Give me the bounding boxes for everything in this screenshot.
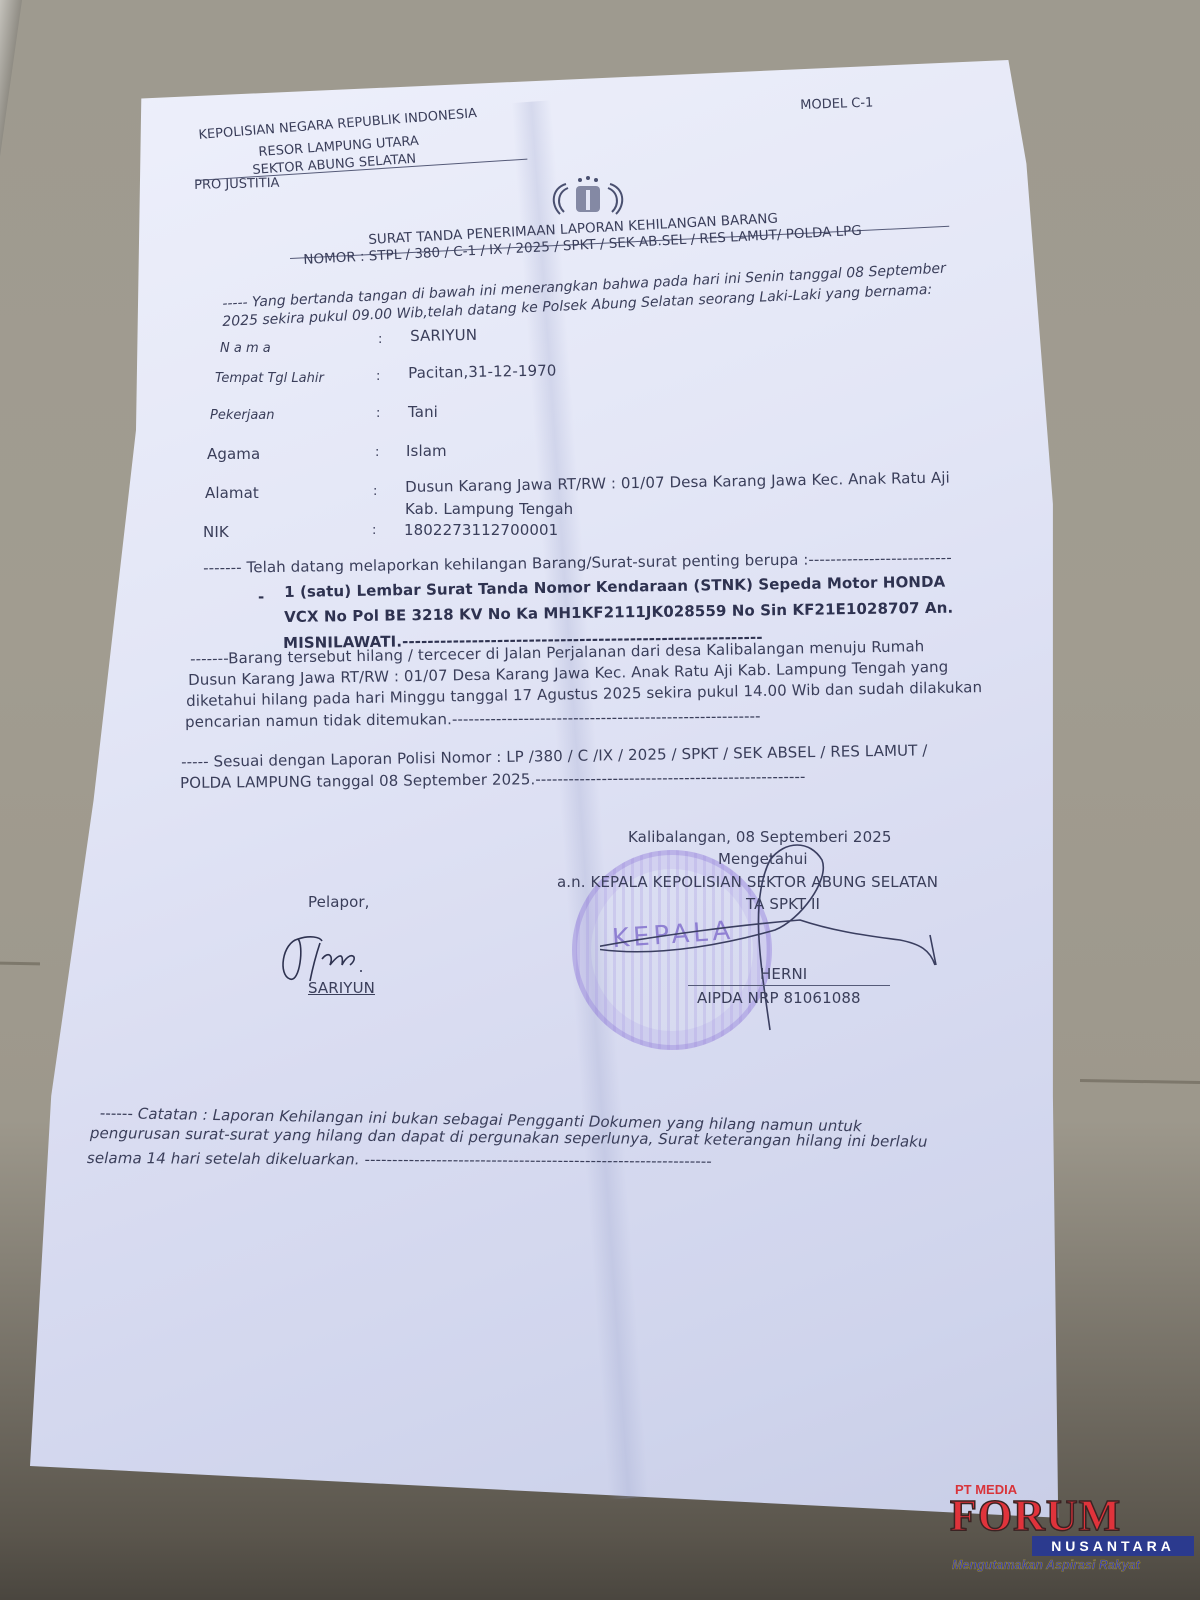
officer-rule <box>688 985 890 986</box>
field-value-alamat-2: Kab. Lampung Tengah <box>405 500 573 518</box>
pro-justitia: PRO JUSTITIA <box>194 176 280 193</box>
model-label: MODEL C-1 <box>800 95 874 113</box>
field-sep: : <box>372 523 376 538</box>
floor-grout-line <box>1080 1079 1200 1084</box>
officer-name: HERNI <box>760 965 807 983</box>
officer-signature <box>600 840 950 1040</box>
reporter-signature <box>280 935 370 985</box>
field-label-alamat: Alamat <box>205 484 259 502</box>
police-emblem-icon <box>548 174 628 220</box>
field-value-ttl: Pacitan,31-12-1970 <box>408 361 557 382</box>
field-sep: : <box>376 369 380 384</box>
field-label-pekerjaan: Pekerjaan <box>210 408 275 423</box>
field-value-pekerjaan: Tani <box>408 403 438 421</box>
watermark-brand: FORUM <box>950 1494 1121 1538</box>
field-sep: : <box>376 406 380 421</box>
floor-grout-line <box>0 962 40 966</box>
field-label-nik: NIK <box>203 523 229 541</box>
floor-tile-edge <box>0 0 22 380</box>
field-label-ttl: Tempat Tgl Lahir <box>215 371 324 386</box>
field-label-agama: Agama <box>207 445 260 463</box>
watermark-sub: NUSANTARA <box>1032 1536 1194 1556</box>
reporter-label: Pelapor, <box>308 893 370 911</box>
watermark-tagline: Mengutamakan Aspirasi Rakyat <box>952 1558 1140 1572</box>
item-bullet: - <box>258 588 264 606</box>
note-line-3: selama 14 hari setelah dikeluarkan. ----… <box>87 1149 712 1170</box>
field-value-agama: Islam <box>406 442 447 460</box>
reporter-name: SARIYUN <box>308 979 375 997</box>
field-label-nama: N a m a <box>220 341 271 356</box>
field-value-nama: SARIYUN <box>410 326 477 345</box>
field-sep: : <box>373 484 377 499</box>
field-sep: : <box>375 445 379 460</box>
field-value-nik: 1802273112700001 <box>404 521 558 539</box>
field-sep: : <box>378 332 382 347</box>
officer-rank: AIPDA NRP 81061088 <box>697 989 861 1007</box>
